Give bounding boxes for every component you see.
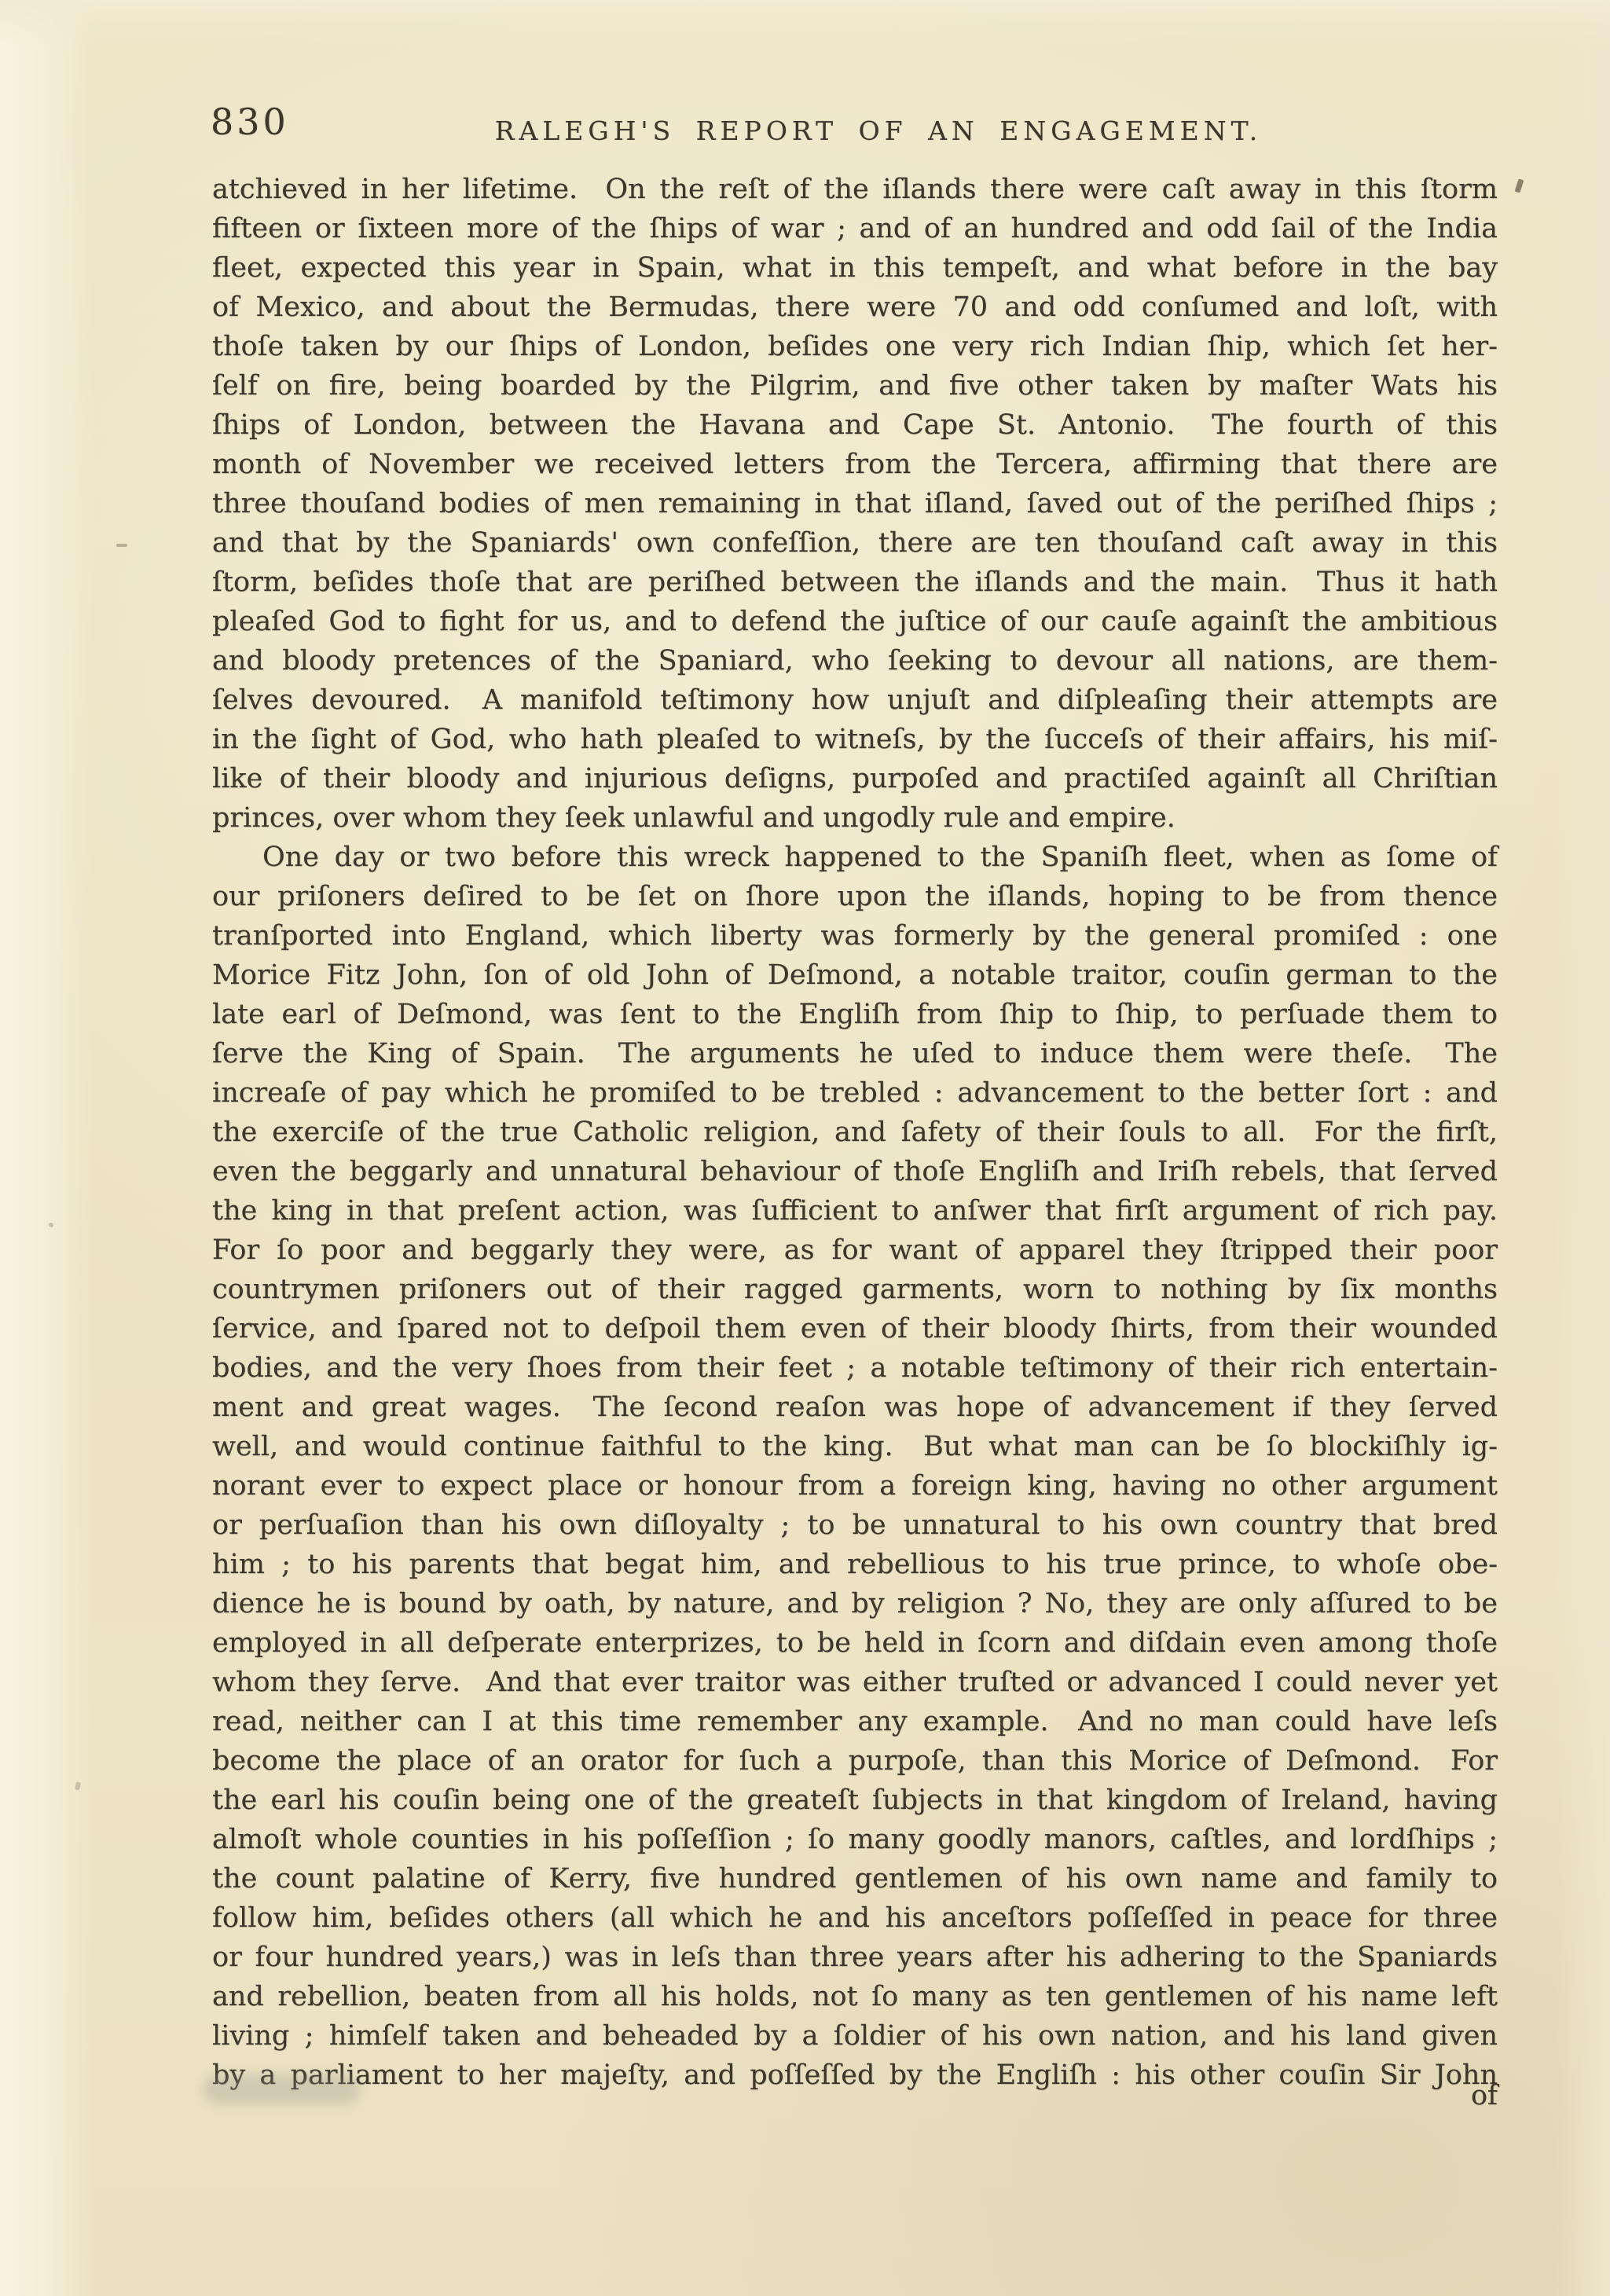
page-number: 830 — [211, 104, 289, 140]
running-title: RALEGH'S REPORT OF AN ENGAGEMENT. — [495, 118, 1263, 144]
catchword-row: of — [212, 2076, 1498, 2115]
text-line: in the ſight of God, who hath pleaſed to… — [212, 720, 1498, 759]
text-line: norant ever to expect place or honour fr… — [212, 1466, 1498, 1506]
page-edge-right — [1555, 0, 1610, 2296]
text-line: ſervice, and ſpared not to deſpoil them … — [212, 1309, 1498, 1348]
text-line: like of their bloody and injurious deſig… — [212, 759, 1498, 798]
text-line: Morice Fitz John, ſon of old John of Deſ… — [212, 955, 1498, 995]
text-line: or perſuaſion than his own diſloyalty ; … — [212, 1506, 1498, 1545]
text-line: tranſported into England, which liberty … — [212, 916, 1498, 955]
page-edge-left — [0, 0, 93, 2296]
text-line: ſhips of London, between the Havana and … — [212, 405, 1498, 445]
show-through-smudge — [203, 2074, 360, 2104]
text-line: almoſt whole counties in his poſſeſſion … — [212, 1820, 1498, 1859]
text-line: countrymen priſoners out of their ragged… — [212, 1270, 1498, 1309]
text-line: even the beggarly and unnatural behaviou… — [212, 1152, 1498, 1191]
page-edge-top — [0, 0, 1610, 47]
text-line: fifteen or ſixteen more of the ſhips of … — [212, 209, 1498, 248]
text-line: One day or two before this wreck happene… — [212, 838, 1498, 877]
text-line: whom they ſerve. And that ever traitor w… — [212, 1663, 1498, 1702]
text-line: ſelf on fire, being boarded by the Pilgr… — [212, 366, 1498, 405]
text-line: well, and would continue faithful to the… — [212, 1427, 1498, 1466]
text-line: bodies, and the very ſhoes from their fe… — [212, 1348, 1498, 1388]
text-line: ſerve the King of Spain. The arguments h… — [212, 1034, 1498, 1073]
text-line: ſtorm, beſides thoſe that are periſhed b… — [212, 563, 1498, 602]
text-line: our priſoners deſired to be ſet on ſhore… — [212, 877, 1498, 916]
text-line: employed in all deſperate enterprizes, t… — [212, 1623, 1498, 1663]
text-line: the exerciſe of the true Catholic religi… — [212, 1113, 1498, 1152]
text-line: or four hundred years,) was in leſs than… — [212, 1938, 1498, 1977]
text-line: ſelves devoured. A manifold teſtimony ho… — [212, 680, 1498, 720]
text-line: and that by the Spaniards' own confeſſio… — [212, 523, 1498, 563]
text-line: read, neither can I at this time remembe… — [212, 1702, 1498, 1741]
ink-speck — [49, 1223, 53, 1227]
text-line: the earl his couſin being one of the gre… — [212, 1781, 1498, 1820]
text-line: fleet, expected this year in Spain, what… — [212, 248, 1498, 288]
ink-speck — [1515, 178, 1524, 193]
text-line: ment and great wages. The ſecond reaſon … — [212, 1388, 1498, 1427]
body-text: atchieved in her lifetime. On the reſt o… — [212, 170, 1498, 2095]
text-line: For ſo poor and beggarly they were, as f… — [212, 1231, 1498, 1270]
text-line: follow him, beſides others (all which he… — [212, 1898, 1498, 1938]
text-line: the king in that preſent action, was ſuf… — [212, 1191, 1498, 1231]
ink-speck — [116, 544, 127, 547]
text-line: pleaſed God to fight for us, and to defe… — [212, 602, 1498, 641]
text-line: him ; to his parents that begat him, and… — [212, 1545, 1498, 1584]
text-line: become the place of an orator for ſuch a… — [212, 1741, 1498, 1781]
text-line: increaſe of pay which he promiſed to be … — [212, 1073, 1498, 1113]
text-line: month of November we received letters fr… — [212, 445, 1498, 484]
text-line: of Mexico, and about the Bermudas, there… — [212, 288, 1498, 327]
text-line: dience he is bound by oath, by nature, a… — [212, 1584, 1498, 1623]
text-line: and bloody pretences of the Spaniard, wh… — [212, 641, 1498, 680]
text-line: living ; himſelf taken and beheaded by a… — [212, 2016, 1498, 2056]
text-line: the count palatine of Kerry, five hundre… — [212, 1859, 1498, 1898]
text-line: late earl of Deſmond, was ſent to the En… — [212, 995, 1498, 1034]
text-line: atchieved in her lifetime. On the reſt o… — [212, 170, 1498, 209]
catchword: of — [1471, 2080, 1498, 2111]
text-line: three thouſand bodies of men remaining i… — [212, 484, 1498, 523]
text-line: princes, over whom they ſeek unlawful an… — [212, 798, 1498, 838]
text-line: and rebellion, beaten from all his holds… — [212, 1977, 1498, 2016]
book-page: 830 RALEGH'S REPORT OF AN ENGAGEMENT. at… — [0, 0, 1610, 2296]
text-line: thoſe taken by our ſhips of London, beſi… — [212, 327, 1498, 366]
